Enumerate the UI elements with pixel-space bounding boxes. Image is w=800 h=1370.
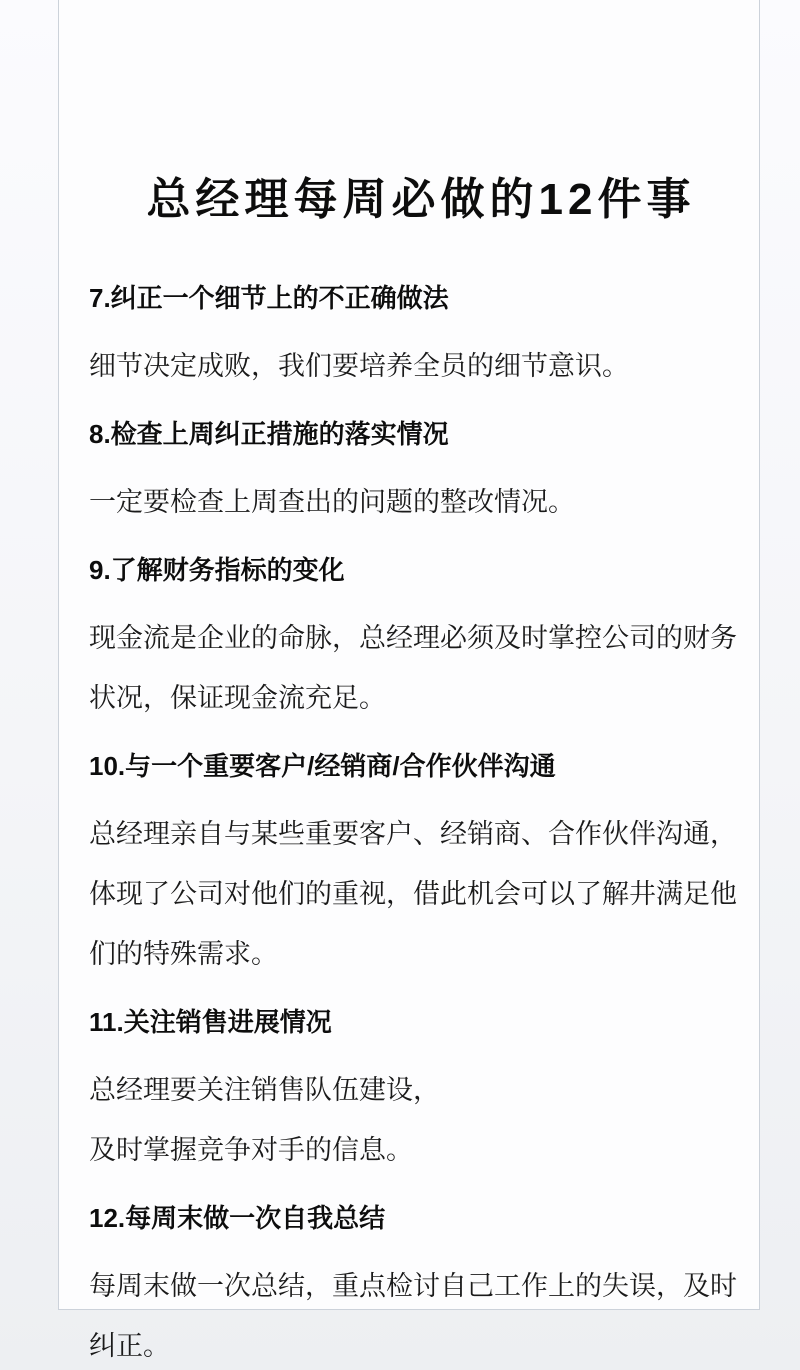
item-11-body: 总经理要关注销售队伍建设，及时掌握竞争对手的信息。	[89, 1060, 753, 1180]
list-item: 8.检查上周纠正措施的落实情况 一定要检查上周查出的问题的整改情况。	[89, 404, 753, 532]
list-item: 12.每周末做一次自我总结 每周末做一次总结，重点检讨自己工作上的失误，及时 纠…	[89, 1188, 753, 1370]
item-8-heading: 8.检查上周纠正措施的落实情况	[89, 404, 753, 464]
list-item: 11.关注销售进展情况 总经理要关注销售队伍建设，及时掌握竞争对手的信息。	[89, 992, 753, 1180]
item-9-heading: 9.了解财务指标的变化	[89, 540, 753, 600]
item-12-heading: 12.每周末做一次自我总结	[89, 1188, 753, 1248]
item-7-heading: 7.纠正一个细节上的不正确做法	[89, 268, 753, 328]
item-11-heading: 11.关注销售进展情况	[89, 992, 753, 1052]
item-12-body: 每周末做一次总结，重点检讨自己工作上的失误，及时 纠正。	[89, 1256, 753, 1370]
item-10-heading: 10.与一个重要客户/经销商/合作伙伴沟通	[89, 736, 753, 796]
item-8-body: 一定要检查上周查出的问题的整改情况。	[89, 472, 753, 532]
item-9-body: 现金流是企业的命脉，总经理必须及时掌控公司的财务 状况，保证现金流充足。	[89, 608, 753, 728]
page-title: 总经理每周必做的12件事	[89, 170, 753, 230]
page-background: { "page": { "title": "总经理每周必做的12件事" }, "…	[0, 0, 800, 1370]
item-10-body: 总经理亲自与某些重要客户、经销商、合作伙伴沟通， 体现了公司对他们的重视，借此机…	[89, 804, 753, 984]
list-item: 9.了解财务指标的变化 现金流是企业的命脉，总经理必须及时掌控公司的财务 状况，…	[89, 540, 753, 728]
content-card: 总经理每周必做的12件事 7.纠正一个细节上的不正确做法 细节决定成败，我们要培…	[58, 0, 760, 1310]
list-item: 7.纠正一个细节上的不正确做法 细节决定成败，我们要培养全员的细节意识。	[89, 268, 753, 396]
item-7-body: 细节决定成败，我们要培养全员的细节意识。	[89, 336, 753, 396]
list-item: 10.与一个重要客户/经销商/合作伙伴沟通 总经理亲自与某些重要客户、经销商、合…	[89, 736, 753, 984]
